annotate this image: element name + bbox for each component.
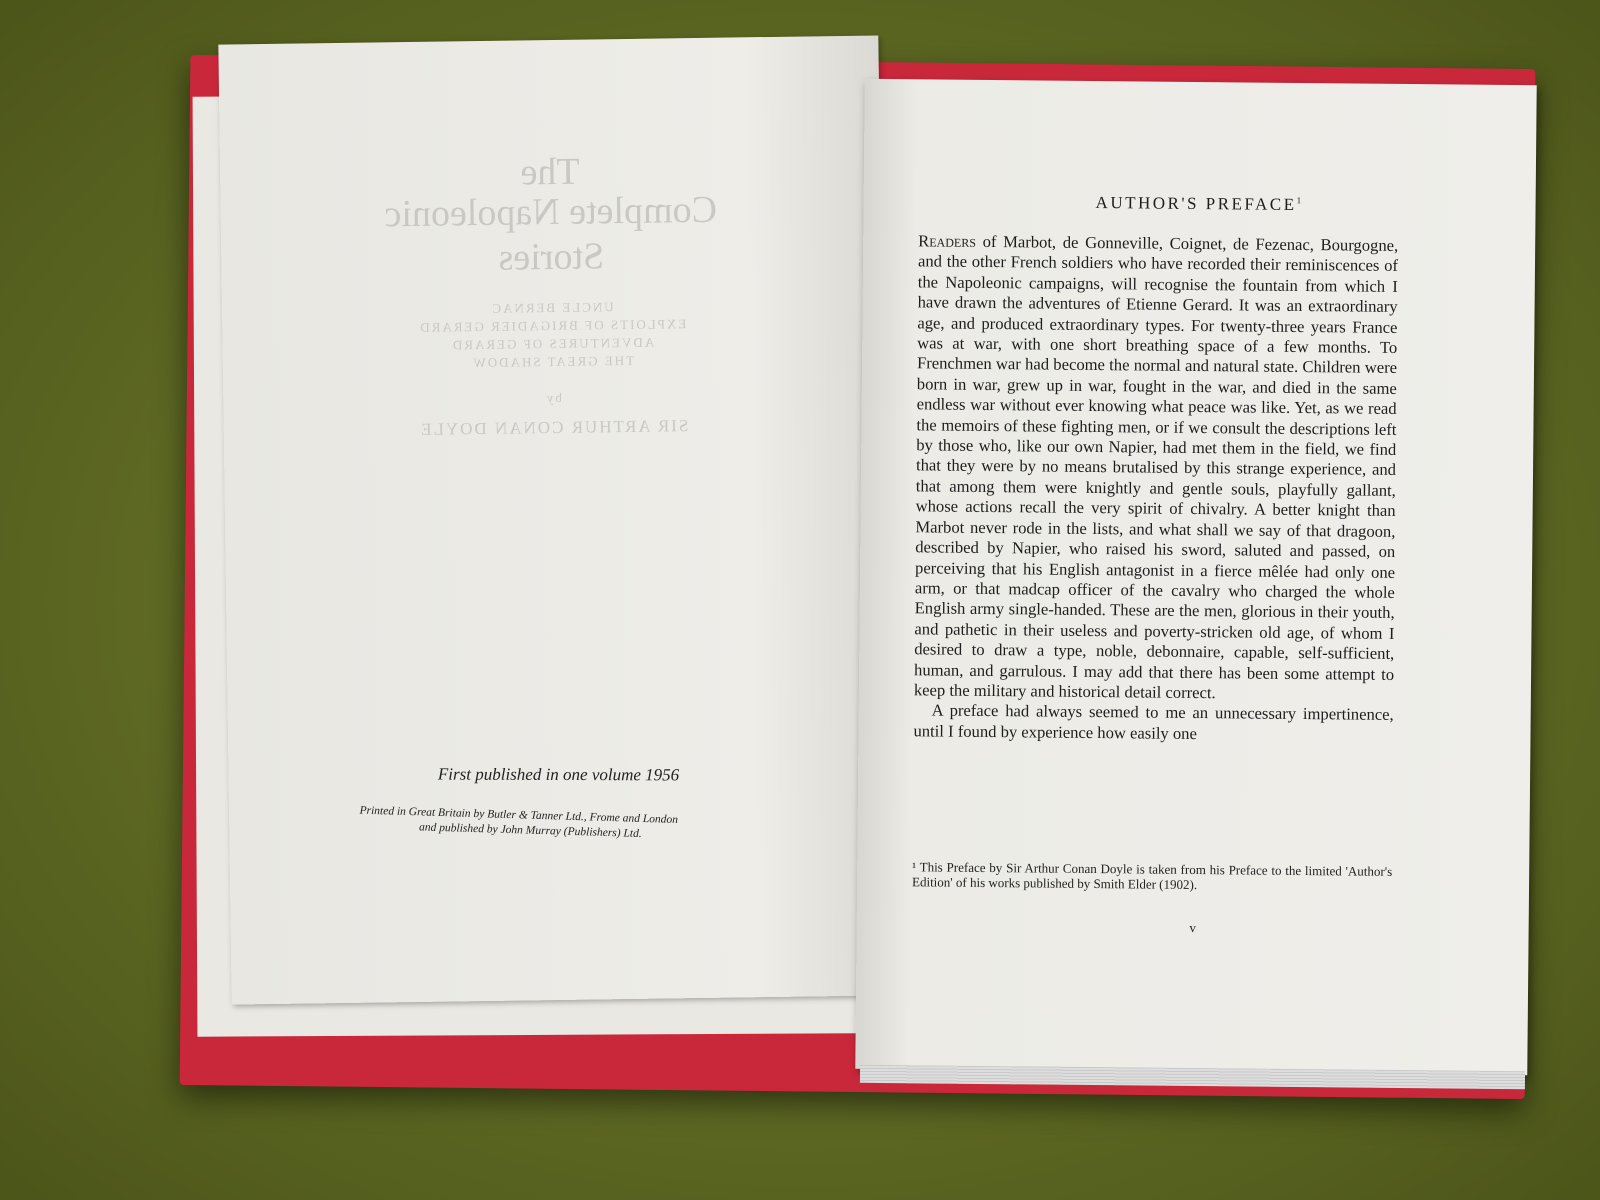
publication-line: First published in one volume 1956: [229, 764, 889, 786]
right-page: AUTHOR'S PREFACE1 Readers of Marbot, de …: [855, 79, 1536, 1075]
show-through-author: SIR ARTHUR CONAN DOYLE: [224, 413, 884, 442]
printer-imprint: Printed in Great Britain by Butler & Tan…: [359, 804, 780, 846]
preface-body: Readers of Marbot, de Gonneville, Coigne…: [913, 231, 1398, 746]
show-through-title-2: Complete Napoleonic: [220, 185, 881, 238]
opening-word: Readers: [918, 231, 976, 251]
page-number: v: [857, 917, 1529, 939]
page-heading: AUTHOR'S PREFACE1: [864, 191, 1536, 217]
paragraph-2: A preface had always seemed to me an unn…: [913, 701, 1393, 746]
paragraph-1: Readers of Marbot, de Gonneville, Coigne…: [914, 231, 1398, 705]
footnote: ¹ This Preface by Sir Arthur Conan Doyle…: [912, 859, 1392, 894]
left-page: The Complete Napoleonic Stories UNCLE BE…: [218, 35, 891, 1004]
show-through-title-3: Stories: [221, 230, 882, 283]
footnote-mark: 1: [1297, 195, 1304, 205]
show-through-line: by: [223, 385, 883, 410]
